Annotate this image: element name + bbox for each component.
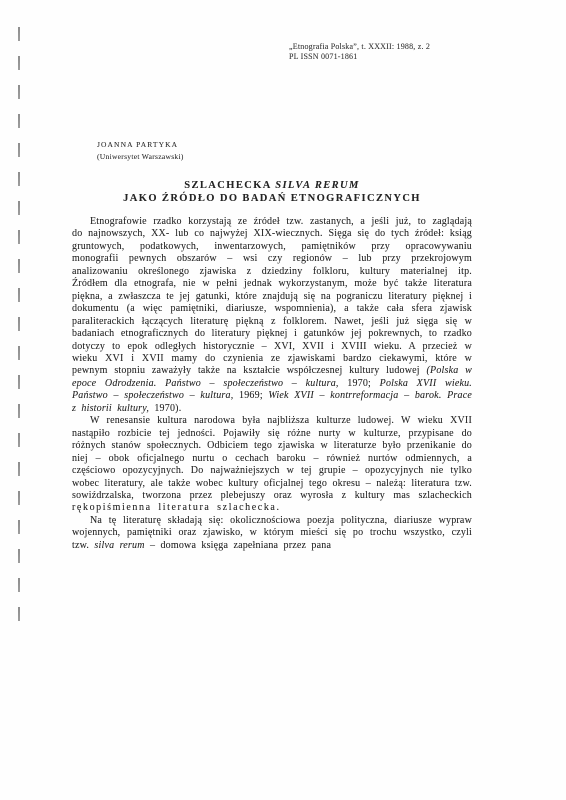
article-title-line2: JAKO ŹRÓDŁO DO BADAŃ ETNOGRAFICZNYCH bbox=[123, 193, 421, 204]
scanned-journal-page: „Etnografia Polska”, t. XXXII: 1988, z. … bbox=[0, 0, 566, 800]
article-title: SZLACHECKA SILVA RERUM JAKO ŹRÓDŁO DO BA… bbox=[72, 179, 472, 205]
author-block: JOANNA PARTYKA (Uniwersytet Warszawski) bbox=[97, 141, 184, 161]
author-affiliation: (Uniwersytet Warszawski) bbox=[97, 153, 184, 161]
article-title-line1-italic: SILVA RERUM bbox=[275, 180, 360, 191]
journal-title-line: „Etnografia Polska”, t. XXXII: 1988, z. … bbox=[289, 42, 430, 52]
p3-run-2: – domowa księga zapełniana przez pana bbox=[145, 540, 331, 551]
journal-header: „Etnografia Polska”, t. XXXII: 1988, z. … bbox=[289, 42, 430, 62]
p1-run-4: 1969; bbox=[233, 390, 268, 401]
author-name: JOANNA PARTYKA bbox=[97, 141, 184, 149]
issn-line: PL ISSN 0071-1861 bbox=[289, 52, 430, 62]
paragraph-2: W renesansie kultura narodowa była najbl… bbox=[72, 415, 472, 515]
article-title-line1-regular: SZLACHECKA bbox=[184, 180, 275, 191]
article-title-line1: SZLACHECKA SILVA RERUM bbox=[184, 180, 360, 191]
p3-run-1: silva rerum bbox=[94, 540, 144, 551]
p1-run-0: Etnografowie rzadko korzystają ze źródeł… bbox=[72, 216, 472, 376]
p1-run-2: 1970; bbox=[339, 378, 380, 389]
binding-marks bbox=[18, 27, 20, 631]
paragraph-1: Etnografowie rzadko korzystają ze źródeł… bbox=[72, 216, 472, 415]
p2-run-0: W renesansie kultura narodowa była najbl… bbox=[72, 415, 472, 501]
p1-run-6: 1970). bbox=[149, 403, 181, 414]
paragraph-3: Na tę literaturę składają się: okoliczno… bbox=[72, 515, 472, 552]
article-body: Etnografowie rzadko korzystają ze źródeł… bbox=[72, 216, 472, 552]
p2-run-1: rękopiśmienna literatura szlachecka. bbox=[72, 502, 281, 513]
